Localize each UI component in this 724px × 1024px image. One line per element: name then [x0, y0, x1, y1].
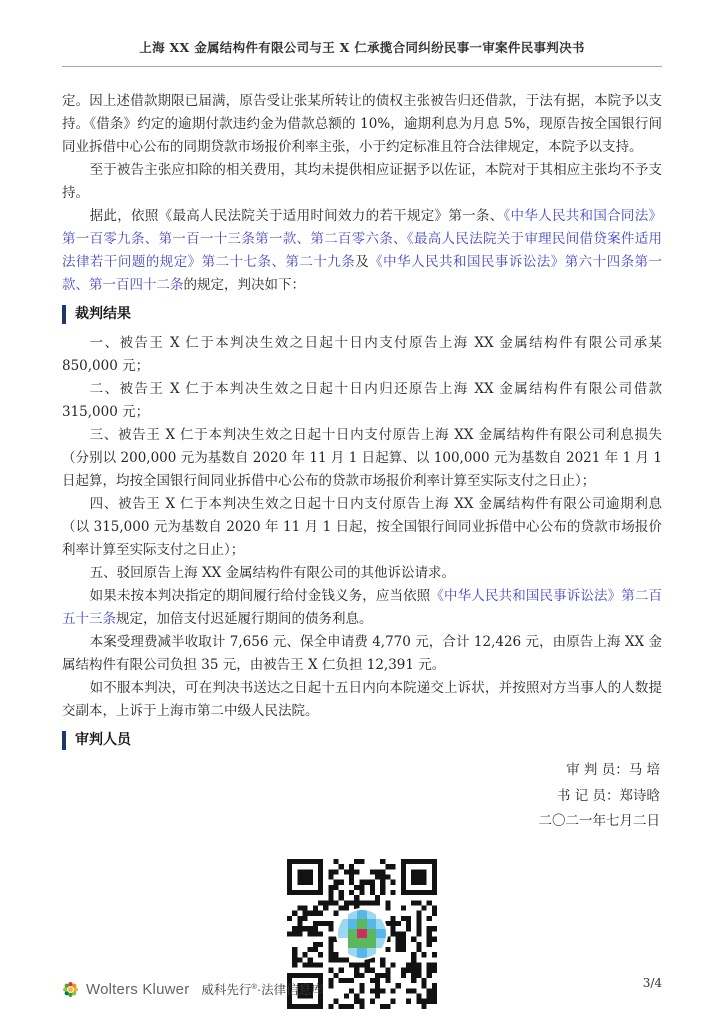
paragraph-legal-basis: 据此，依照《最高人民法院关于适用时间效力的若干规定》第一条、《中华人民共和国合同…	[62, 205, 662, 297]
body-text: 的规定，判决如下：	[184, 277, 306, 293]
signature-block: 审 判 员：马 培 书 记 员：郑诗晗 二〇二一年七月二日	[62, 758, 662, 835]
document-body: 定。因上述借款期限已届满，原告受让张某所转让的债权主张被告归还借款，于法有据，本…	[62, 90, 662, 1009]
document-title: 上海 XX 金属结构件有限公司与王 X 仁承揽合同纠纷民事一审案件民事判决书	[62, 38, 662, 56]
wolters-kluwer-logo-icon	[62, 981, 79, 998]
document-header: 上海 XX 金属结构件有限公司与王 X 仁承揽合同纠纷民事一审案件民事判决书	[62, 38, 662, 67]
paragraph-late-interest: 如果未按本判决指定的期间履行给付金钱义务，应当依照《中华人民共和国民事诉讼法》第…	[62, 585, 662, 631]
section-heading-label: 审判人员	[75, 729, 131, 752]
ruling-item-3: 三、被告王 X 仁于本判决生效之日起十日内支付原告上海 XX 金属结构件有限公司…	[62, 424, 662, 493]
section-heading-label: 裁判结果	[75, 303, 131, 326]
header-divider	[62, 66, 662, 67]
body-text: 如果未按本判决指定的期间履行给付金钱义务，应当依照	[90, 588, 431, 604]
body-text: 二、被告王 X 仁于本判决生效之日起十日内归还原告上海 XX 金属结构件有限公司…	[62, 381, 662, 420]
footer-brand-name: Wolters Kluwer	[86, 981, 189, 998]
footer-product-name: 威科先行®·法律信息库	[201, 980, 323, 998]
body-text: 本案受理费减半收取计 7,656 元、保全申请费 4,770 元，合计 12,4…	[62, 634, 662, 673]
qr-center-logo-icon	[338, 910, 386, 958]
ruling-item-5: 五、驳回原告上海 XX 金属结构件有限公司的其他诉讼请求。	[62, 562, 662, 585]
ruling-item-4: 四、被告王 X 仁于本判决生效之日起十日内支付原告上海 XX 金属结构件有限公司…	[62, 493, 662, 562]
paragraph-court-fees: 本案受理费减半收取计 7,656 元、保全申请费 4,770 元，合计 12,4…	[62, 631, 662, 677]
body-text: 据此，依照《最高人民法院关于适用时间效力的若干规定》第一条、	[90, 208, 504, 224]
signature-judge: 审 判 员：马 培	[62, 758, 662, 784]
paragraph-deduction: 至于被告主张应扣除的相关费用，其均未提供相应证据予以佐证，本院对于其相应主张均不…	[62, 159, 662, 205]
body-text: 至于被告主张应扣除的相关费用，其均未提供相应证据予以佐证，本院对于其相应主张均不…	[62, 162, 662, 201]
ruling-item-2: 二、被告王 X 仁于本判决生效之日起十日内归还原告上海 XX 金属结构件有限公司…	[62, 378, 662, 424]
ruling-item-1: 一、被告王 X 仁于本判决生效之日起十日内支付原告上海 XX 金属结构件有限公司…	[62, 332, 662, 378]
signature-date: 二〇二一年七月二日	[62, 809, 662, 835]
body-text: 一、被告王 X 仁于本判决生效之日起十日内支付原告上海 XX 金属结构件有限公司…	[62, 335, 662, 374]
signature-clerk: 书 记 员：郑诗晗	[62, 784, 662, 810]
section-heading-ruling: 裁判结果	[62, 303, 662, 326]
section-heading-judges: 审判人员	[62, 729, 662, 752]
document-footer: Wolters Kluwer 威科先行®·法律信息库 3/4	[62, 980, 662, 998]
body-text: 四、被告王 X 仁于本判决生效之日起十日内支付原告上海 XX 金属结构件有限公司…	[62, 496, 662, 558]
section-bar-icon	[62, 731, 66, 750]
section-bar-icon	[62, 305, 66, 324]
page-number: 3/4	[643, 976, 662, 990]
judgment-document-page: 上海 XX 金属结构件有限公司与王 X 仁承揽合同纠纷民事一审案件民事判决书 定…	[0, 0, 724, 1024]
body-text: 规定，加倍支付迟延履行期间的债务利息。	[116, 611, 373, 627]
paragraph-continuation: 定。因上述借款期限已届满，原告受让张某所转让的债权主张被告归还借款，于法有据，本…	[62, 90, 662, 159]
paragraph-appeal-rights: 如不服本判决，可在判决书送达之日起十五日内向本院递交上诉状，并按照对方当事人的人…	[62, 677, 662, 723]
body-text: 三、被告王 X 仁于本判决生效之日起十日内支付原告上海 XX 金属结构件有限公司…	[62, 427, 662, 489]
body-text: 如不服本判决，可在判决书送达之日起十五日内向本院递交上诉状，并按照对方当事人的人…	[62, 680, 662, 719]
body-text: 五、驳回原告上海 XX 金属结构件有限公司的其他诉讼请求。	[90, 565, 455, 581]
product-name-suffix: ·法律信息库	[257, 983, 324, 997]
body-text: 定。因上述借款期限已届满，原告受让张某所转让的债权主张被告归还借款，于法有据，本…	[62, 93, 662, 155]
body-text: 及	[355, 254, 369, 270]
product-name-cn: 威科先行	[201, 983, 251, 997]
